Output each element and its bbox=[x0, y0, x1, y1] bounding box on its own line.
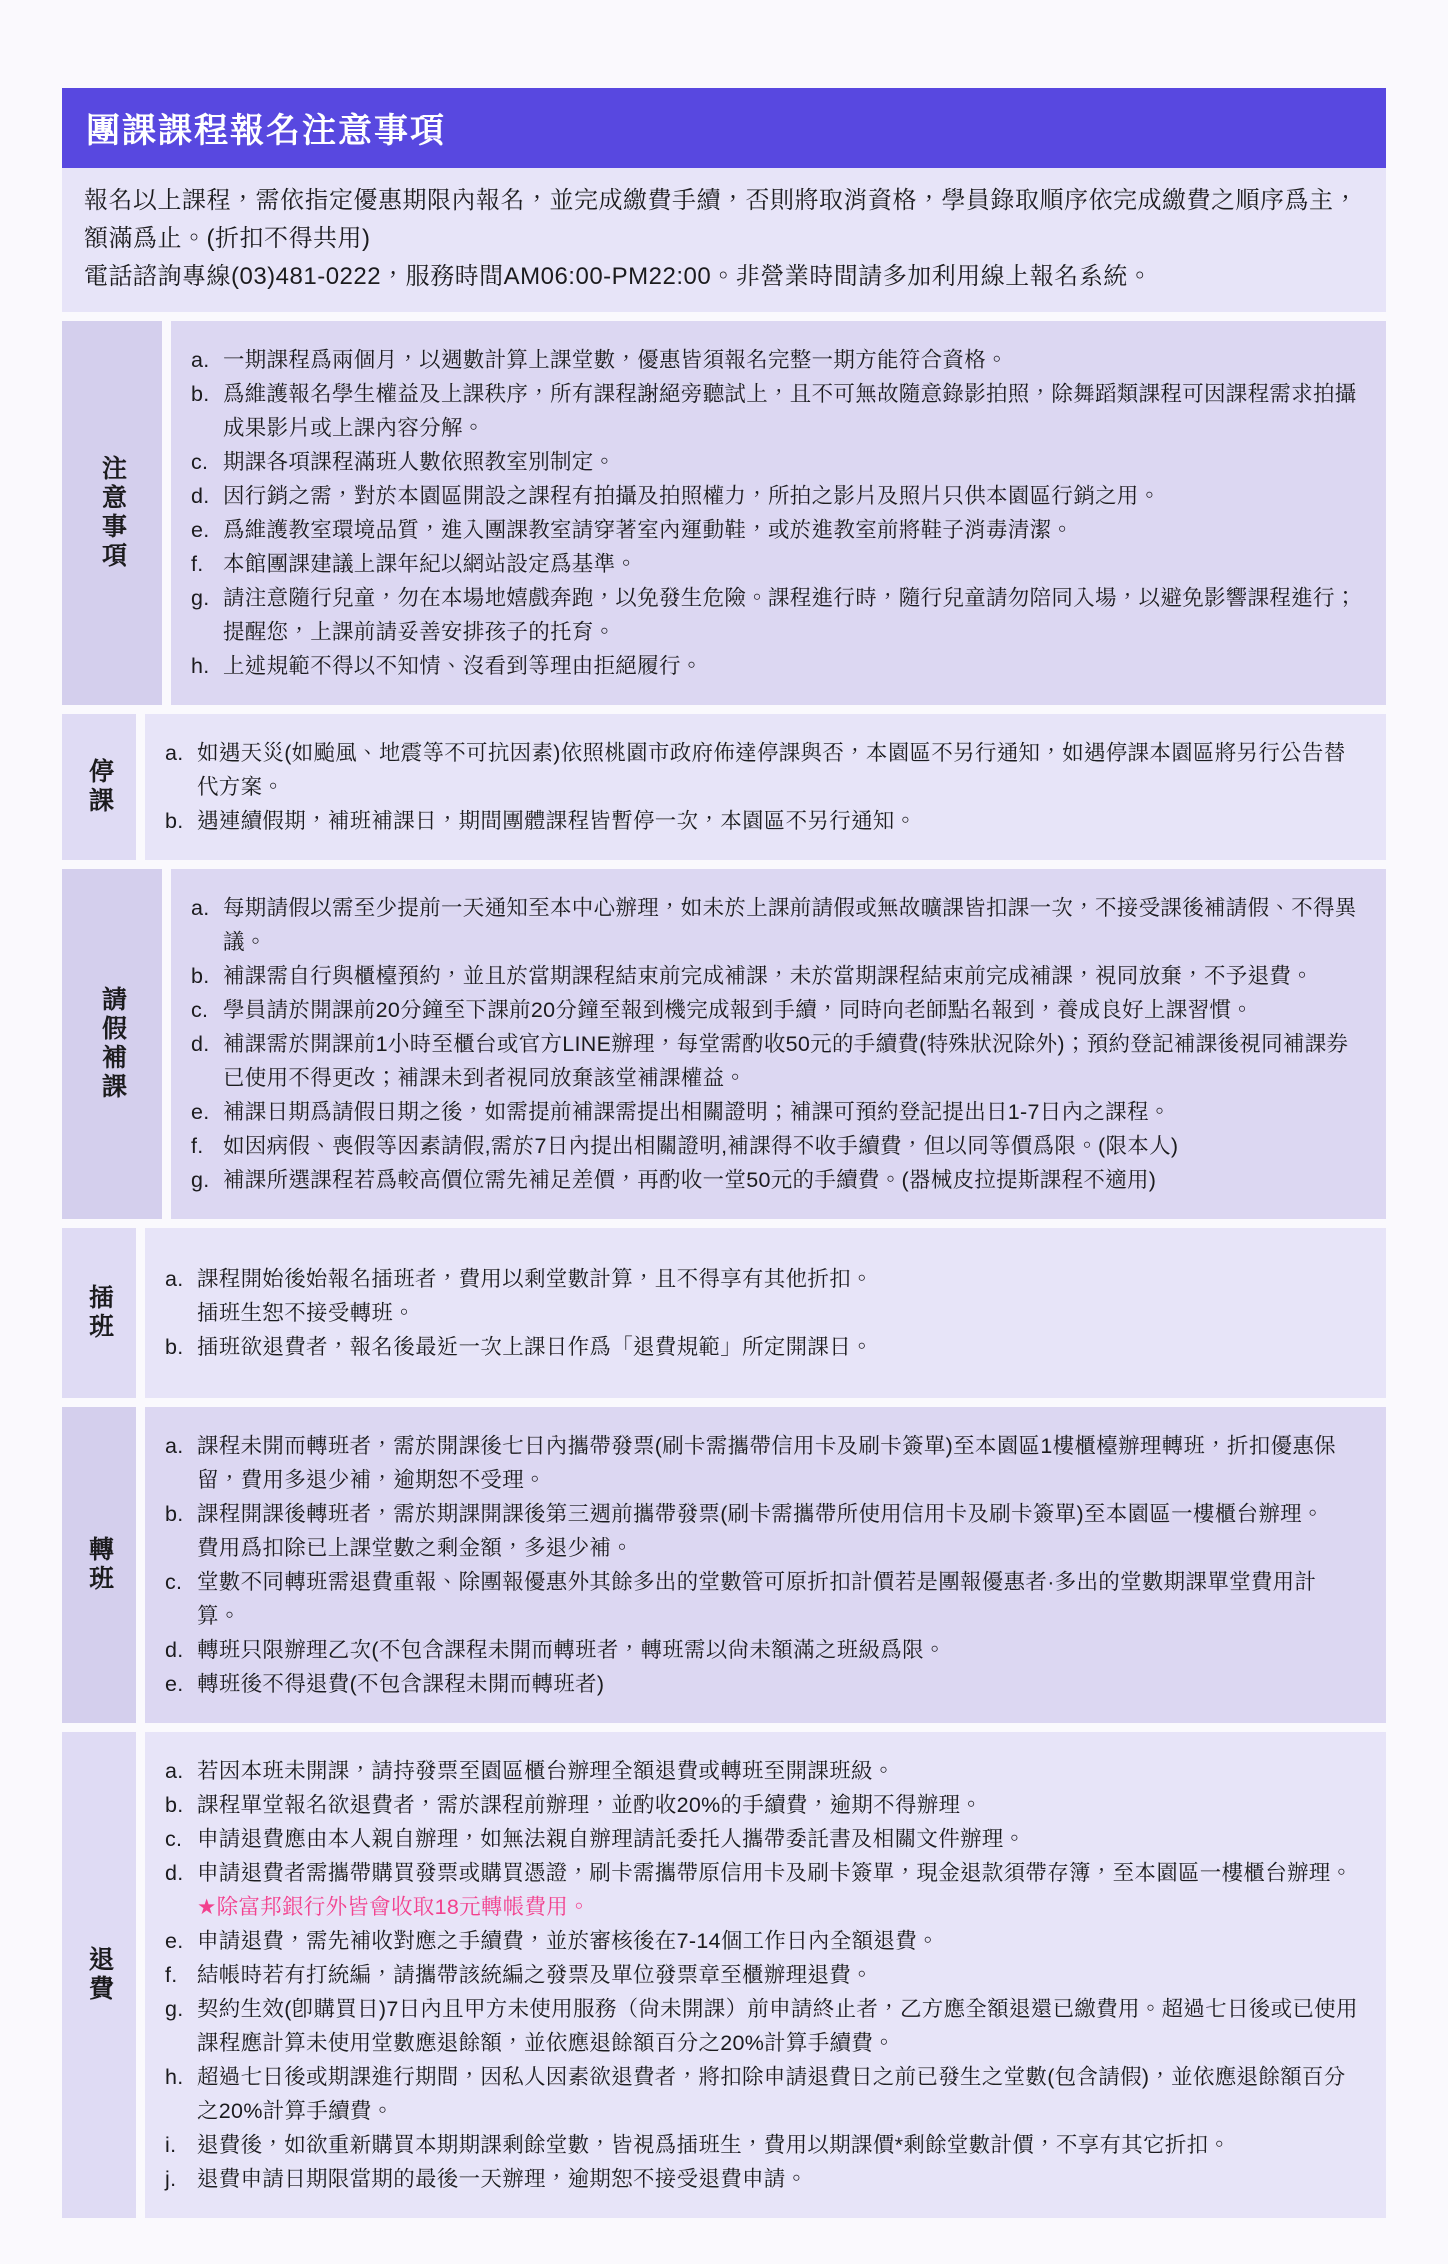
list-item: f. 本館團課建議上課年紀以網站設定爲基準。 bbox=[191, 547, 1358, 581]
list-item: a. 若因本班未開課，請持發票至園區櫃台辦理全額退費或轉班至開課班級。 bbox=[165, 1754, 1358, 1788]
list-item: b. 爲維護報名學生權益及上課秩序，所有課程謝絕旁聽試上，且不可無故隨意錄影拍照… bbox=[191, 377, 1358, 445]
item-letter: d. bbox=[191, 479, 223, 513]
item-letter: a. bbox=[191, 343, 223, 377]
list-item: a. 每期請假以需至少提前一天通知至本中心辦理，如未於上課前請假或無故曠課皆扣課… bbox=[191, 891, 1358, 959]
item-letter: c. bbox=[165, 1822, 197, 1856]
list-item: a. 課程開始後始報名插班者，費用以剩堂數計算，且不得享有其他折扣。 bbox=[165, 1262, 1358, 1296]
list-item: a. 如遇天災(如颱風、地震等不可抗因素)依照桃園市政府佈達停課與否，本園區不另… bbox=[165, 736, 1358, 804]
list-item: e. 爲維護教室環境品質，進入團課教室請穿著室內運動鞋，或於進教室前將鞋子消毒清… bbox=[191, 513, 1358, 547]
item-letter: d. bbox=[191, 1027, 223, 1095]
item-text: 課程開始後始報名插班者，費用以剩堂數計算，且不得享有其他折扣。 bbox=[197, 1262, 1358, 1296]
item-letter: g. bbox=[165, 1992, 197, 2060]
item-letter: a. bbox=[191, 891, 223, 959]
section-midterm-enrollment: 插班 a. 課程開始後始報名插班者，費用以剩堂數計算，且不得享有其他折扣。 插班… bbox=[62, 1228, 1386, 1398]
item-letter bbox=[165, 1890, 197, 1924]
item-text: 課程未開而轉班者，需於開課後七日內攜帶發票(刷卡需攜帶信用卡及刷卡簽單)至本園區… bbox=[197, 1429, 1358, 1497]
section-notes: 注意事項 a. 一期課程爲兩個月，以週數計算上課堂數，優惠皆須報名完整一期方能符… bbox=[62, 321, 1386, 705]
item-text: 契約生效(卽購買日)7日內且甲方未使用服務（尙未開課）前申請終止者，乙方應全額退… bbox=[197, 1992, 1358, 2060]
item-letter: b. bbox=[165, 1330, 197, 1364]
item-text: 爲維護教室環境品質，進入團課教室請穿著室內運動鞋，或於進教室前將鞋子消毒清潔。 bbox=[223, 513, 1358, 547]
list-item: b. 課程開課後轉班者，需於期課開課後第三週前攜帶發票(刷卡需攜帶所使用信用卡及… bbox=[165, 1497, 1358, 1531]
document: 團課課程報名注意事項 報名以上課程，需依指定優惠期限內報名，並完成繳費手續，否則… bbox=[62, 0, 1386, 2264]
item-text: 若因本班未開課，請持發票至園區櫃台辦理全額退費或轉班至開課班級。 bbox=[197, 1754, 1358, 1788]
item-text: 插班生恕不接受轉班。 bbox=[197, 1296, 1358, 1330]
section-content: a. 每期請假以需至少提前一天通知至本中心辦理，如未於上課前請假或無故曠課皆扣課… bbox=[171, 869, 1386, 1219]
item-text: 費用爲扣除已上課堂數之剩金額，多退少補。 bbox=[197, 1531, 1358, 1565]
item-letter: f. bbox=[165, 1958, 197, 1992]
item-letter: b. bbox=[165, 1788, 197, 1822]
list-item: d. 補課需於開課前1小時至櫃台或官方LINE辦理，每堂需酌收50元的手續費(特… bbox=[191, 1027, 1358, 1095]
section-label: 注意事項 bbox=[100, 455, 125, 571]
section-label: 請假補課 bbox=[100, 986, 125, 1102]
item-text: 請注意隨行兒童，勿在本場地嬉戲奔跑，以免發生危險。課程進行時，隨行兒童請勿陪同入… bbox=[223, 581, 1358, 649]
item-text: 堂數不同轉班需退費重報、除團報優惠外其餘多出的堂數管可原折扣計價若是團報優惠者·… bbox=[197, 1565, 1358, 1633]
section-refund: 退費 a. 若因本班未開課，請持發票至園區櫃台辦理全額退費或轉班至開課班級。 b… bbox=[62, 1732, 1386, 2218]
item-letter: c. bbox=[165, 1565, 197, 1633]
item-letter: j. bbox=[165, 2162, 197, 2196]
item-letter: f. bbox=[191, 547, 223, 581]
list-item: g. 補課所選課程若爲較高價位需先補足差價，再酌收一堂50元的手續費。(器械皮拉… bbox=[191, 1163, 1358, 1197]
item-text: 補課所選課程若爲較高價位需先補足差價，再酌收一堂50元的手續費。(器械皮拉提斯課… bbox=[223, 1163, 1358, 1197]
section-label-cell: 轉班 bbox=[62, 1407, 136, 1723]
list-item: c. 申請退費應由本人親自辦理，如無法親自辦理請託委托人攜帶委託書及相關文件辦理… bbox=[165, 1822, 1358, 1856]
item-text: 補課需自行與櫃檯預約，並且於當期課程結束前完成補課，未於當期課程結束前完成補課，… bbox=[223, 959, 1358, 993]
section-suspension: 停課 a. 如遇天災(如颱風、地震等不可抗因素)依照桃園市政府佈達停課與否，本園… bbox=[62, 714, 1386, 860]
list-item: h. 上述規範不得以不知情、沒看到等理由拒絕履行。 bbox=[191, 649, 1358, 683]
section-content: a. 如遇天災(如颱風、地震等不可抗因素)依照桃園市政府佈達停課與否，本園區不另… bbox=[145, 714, 1386, 860]
section-label: 轉班 bbox=[87, 1536, 112, 1594]
list-item: b. 插班欲退費者，報名後最近一次上課日作爲「退費規範」所定開課日。 bbox=[165, 1330, 1358, 1364]
list-item: c. 學員請於開課前20分鐘至下課前20分鐘至報到機完成報到手續，同時向老師點名… bbox=[191, 993, 1358, 1027]
list-item: i. 退費後，如欲重新購買本期期課剩餘堂數，皆視爲插班生，費用以期課價*剩餘堂數… bbox=[165, 2128, 1358, 2162]
item-text: 一期課程爲兩個月，以週數計算上課堂數，優惠皆須報名完整一期方能符合資格。 bbox=[223, 343, 1358, 377]
item-letter: e. bbox=[165, 1667, 197, 1701]
list-item: c. 堂數不同轉班需退費重報、除團報優惠外其餘多出的堂數管可原折扣計價若是團報優… bbox=[165, 1565, 1358, 1633]
item-text: 插班欲退費者，報名後最近一次上課日作爲「退費規範」所定開課日。 bbox=[197, 1330, 1358, 1364]
item-text: 因行銷之需，對於本園區開設之課程有拍攝及拍照權力，所拍之影片及照片只供本園區行銷… bbox=[223, 479, 1358, 513]
list-item: b. 課程單堂報名欲退費者，需於課程前辦理，並酌收20%的手續費，逾期不得辦理。 bbox=[165, 1788, 1358, 1822]
item-text: 補課需於開課前1小時至櫃台或官方LINE辦理，每堂需酌收50元的手續費(特殊狀況… bbox=[223, 1027, 1358, 1095]
intro-block: 報名以上課程，需依指定優惠期限內報名，並完成繳費手續，否則將取消資格，學員錄取順… bbox=[62, 168, 1386, 312]
section-label-cell: 退費 bbox=[62, 1732, 136, 2218]
intro-paragraph: 報名以上課程，需依指定優惠期限內報名，並完成繳費手續，否則將取消資格，學員錄取順… bbox=[84, 182, 1364, 258]
item-text: 申請退費應由本人親自辦理，如無法親自辦理請託委托人攜帶委託書及相關文件辦理。 bbox=[197, 1822, 1358, 1856]
list-item: f. 如因病假、喪假等因素請假,需於7日內提出相關證明,補課得不收手續費，但以同… bbox=[191, 1129, 1358, 1163]
item-letter: h. bbox=[165, 2060, 197, 2128]
item-text: 課程單堂報名欲退費者，需於課程前辦理，並酌收20%的手續費，逾期不得辦理。 bbox=[197, 1788, 1358, 1822]
section-class-transfer: 轉班 a. 課程未開而轉班者，需於開課後七日內攜帶發票(刷卡需攜帶信用卡及刷卡簽… bbox=[62, 1407, 1386, 1723]
item-letter: e. bbox=[191, 513, 223, 547]
list-item: f. 結帳時若有打統編，請攜帶該統編之發票及單位發票章至櫃辦理退費。 bbox=[165, 1958, 1358, 1992]
item-text: 遇連續假期，補班補課日，期間團體課程皆暫停一次，本園區不另行通知。 bbox=[197, 804, 1358, 838]
item-letter: f. bbox=[191, 1129, 223, 1163]
item-letter: b. bbox=[165, 1497, 197, 1531]
item-letter: g. bbox=[191, 1163, 223, 1197]
item-letter: d. bbox=[165, 1856, 197, 1890]
item-text: 補課日期爲請假日期之後，如需提前補課需提出相關證明；補課可預約登記提出日1-7日… bbox=[223, 1095, 1358, 1129]
item-letter: e. bbox=[165, 1924, 197, 1958]
list-item: e. 申請退費，需先補收對應之手續費，並於審核後在7-14個工作日內全額退費。 bbox=[165, 1924, 1358, 1958]
section-content: a. 課程開始後始報名插班者，費用以剩堂數計算，且不得享有其他折扣。 插班生恕不… bbox=[145, 1228, 1386, 1398]
refund-bank-fee-highlight: ★除富邦銀行外皆會收取18元轉帳費用。 bbox=[165, 1890, 1358, 1924]
item-text: 本館團課建議上課年紀以網站設定爲基準。 bbox=[223, 547, 1358, 581]
section-label: 退費 bbox=[87, 1946, 112, 2004]
list-item: h. 超過七日後或期課進行期間，因私人因素欲退費者，將扣除申請退費日之前已發生之… bbox=[165, 2060, 1358, 2128]
item-text: 每期請假以需至少提前一天通知至本中心辦理，如未於上課前請假或無故曠課皆扣課一次，… bbox=[223, 891, 1358, 959]
section-leave-makeup: 請假補課 a. 每期請假以需至少提前一天通知至本中心辦理，如未於上課前請假或無故… bbox=[62, 869, 1386, 1219]
item-text: ★除富邦銀行外皆會收取18元轉帳費用。 bbox=[197, 1890, 1358, 1924]
item-letter bbox=[165, 1531, 197, 1565]
item-letter: i. bbox=[165, 2128, 197, 2162]
item-letter: c. bbox=[191, 993, 223, 1027]
item-letter: d. bbox=[165, 1633, 197, 1667]
item-text: 爲維護報名學生權益及上課秩序，所有課程謝絕旁聽試上，且不可無故隨意錄影拍照，除舞… bbox=[223, 377, 1358, 445]
item-text: 課程開課後轉班者，需於期課開課後第三週前攜帶發票(刷卡需攜帶所使用信用卡及刷卡簽… bbox=[197, 1497, 1358, 1531]
list-item: b. 補課需自行與櫃檯預約，並且於當期課程結束前完成補課，未於當期課程結束前完成… bbox=[191, 959, 1358, 993]
list-item: c. 期課各項課程滿班人數依照教室別制定。 bbox=[191, 445, 1358, 479]
item-text: 退費後，如欲重新購買本期期課剩餘堂數，皆視爲插班生，費用以期課價*剩餘堂數計價，… bbox=[197, 2128, 1358, 2162]
item-letter: a. bbox=[165, 1262, 197, 1296]
section-content: a. 課程未開而轉班者，需於開課後七日內攜帶發票(刷卡需攜帶信用卡及刷卡簽單)至… bbox=[145, 1407, 1386, 1723]
item-text: 退費申請日期限當期的最後一天辦理，逾期恕不接受退費申請。 bbox=[197, 2162, 1358, 2196]
section-label-cell: 插班 bbox=[62, 1228, 136, 1398]
list-item: g. 請注意隨行兒童，勿在本場地嬉戲奔跑，以免發生危險。課程進行時，隨行兒童請勿… bbox=[191, 581, 1358, 649]
section-label-cell: 請假補課 bbox=[62, 869, 162, 1219]
list-item-continuation: 費用爲扣除已上課堂數之剩金額，多退少補。 bbox=[165, 1531, 1358, 1565]
section-content: a. 若因本班未開課，請持發票至園區櫃台辦理全額退費或轉班至開課班級。 b. 課… bbox=[145, 1732, 1386, 2218]
list-item: d. 因行銷之需，對於本園區開設之課程有拍攝及拍照權力，所拍之影片及照片只供本園… bbox=[191, 479, 1358, 513]
item-text: 申請退費，需先補收對應之手續費，並於審核後在7-14個工作日內全額退費。 bbox=[197, 1924, 1358, 1958]
item-text: 結帳時若有打統編，請攜帶該統編之發票及單位發票章至櫃辦理退費。 bbox=[197, 1958, 1358, 1992]
section-label: 停課 bbox=[87, 758, 112, 816]
list-item: j. 退費申請日期限當期的最後一天辦理，逾期恕不接受退費申請。 bbox=[165, 2162, 1358, 2196]
item-text: 如因病假、喪假等因素請假,需於7日內提出相關證明,補課得不收手續費，但以同等價爲… bbox=[223, 1129, 1358, 1163]
page-title: 團課課程報名注意事項 bbox=[86, 103, 1362, 152]
item-letter: b. bbox=[191, 959, 223, 993]
intro-phone-line: 電話諮詢專線(03)481-0222，服務時間AM06:00-PM22:00。非… bbox=[84, 258, 1364, 296]
item-text: 如遇天災(如颱風、地震等不可抗因素)依照桃園市政府佈達停課與否，本園區不另行通知… bbox=[197, 736, 1358, 804]
section-label-cell: 停課 bbox=[62, 714, 136, 860]
list-item: a. 課程未開而轉班者，需於開課後七日內攜帶發票(刷卡需攜帶信用卡及刷卡簽單)至… bbox=[165, 1429, 1358, 1497]
list-item: b. 遇連續假期，補班補課日，期間團體課程皆暫停一次，本園區不另行通知。 bbox=[165, 804, 1358, 838]
section-label: 插班 bbox=[87, 1284, 112, 1342]
item-text: 轉班後不得退費(不包含課程未開而轉班者) bbox=[197, 1667, 1358, 1701]
item-letter: a. bbox=[165, 1429, 197, 1497]
item-text: 上述規範不得以不知情、沒看到等理由拒絕履行。 bbox=[223, 649, 1358, 683]
item-letter: h. bbox=[191, 649, 223, 683]
list-item-continuation: 插班生恕不接受轉班。 bbox=[165, 1296, 1358, 1330]
section-content: a. 一期課程爲兩個月，以週數計算上課堂數，優惠皆須報名完整一期方能符合資格。 … bbox=[171, 321, 1386, 705]
list-item: e. 轉班後不得退費(不包含課程未開而轉班者) bbox=[165, 1667, 1358, 1701]
item-text: 申請退費者需攜帶購買發票或購買憑證，刷卡需攜帶原信用卡及刷卡簽單，現金退款須帶存… bbox=[197, 1856, 1358, 1890]
item-letter bbox=[165, 1296, 197, 1330]
list-item: g. 契約生效(卽購買日)7日內且甲方未使用服務（尙未開課）前申請終止者，乙方應… bbox=[165, 1992, 1358, 2060]
item-letter: g. bbox=[191, 581, 223, 649]
list-item: a. 一期課程爲兩個月，以週數計算上課堂數，優惠皆須報名完整一期方能符合資格。 bbox=[191, 343, 1358, 377]
list-item: d. 轉班只限辦理乙次(不包含課程未開而轉班者，轉班需以尙未額滿之班級爲限。 bbox=[165, 1633, 1358, 1667]
item-text: 轉班只限辦理乙次(不包含課程未開而轉班者，轉班需以尙未額滿之班級爲限。 bbox=[197, 1633, 1358, 1667]
item-letter: b. bbox=[191, 377, 223, 445]
section-label-cell: 注意事項 bbox=[62, 321, 162, 705]
item-text: 期課各項課程滿班人數依照教室別制定。 bbox=[223, 445, 1358, 479]
item-letter: a. bbox=[165, 1754, 197, 1788]
item-letter: a. bbox=[165, 736, 197, 804]
title-bar: 團課課程報名注意事項 bbox=[62, 88, 1386, 168]
list-item: e. 補課日期爲請假日期之後，如需提前補課需提出相關證明；補課可預約登記提出日1… bbox=[191, 1095, 1358, 1129]
item-letter: c. bbox=[191, 445, 223, 479]
item-text: 學員請於開課前20分鐘至下課前20分鐘至報到機完成報到手續，同時向老師點名報到，… bbox=[223, 993, 1358, 1027]
item-letter: e. bbox=[191, 1095, 223, 1129]
list-item: d. 申請退費者需攜帶購買發票或購買憑證，刷卡需攜帶原信用卡及刷卡簽單，現金退款… bbox=[165, 1856, 1358, 1890]
item-text: 超過七日後或期課進行期間，因私人因素欲退費者，將扣除申請退費日之前已發生之堂數(… bbox=[197, 2060, 1358, 2128]
item-letter: b. bbox=[165, 804, 197, 838]
